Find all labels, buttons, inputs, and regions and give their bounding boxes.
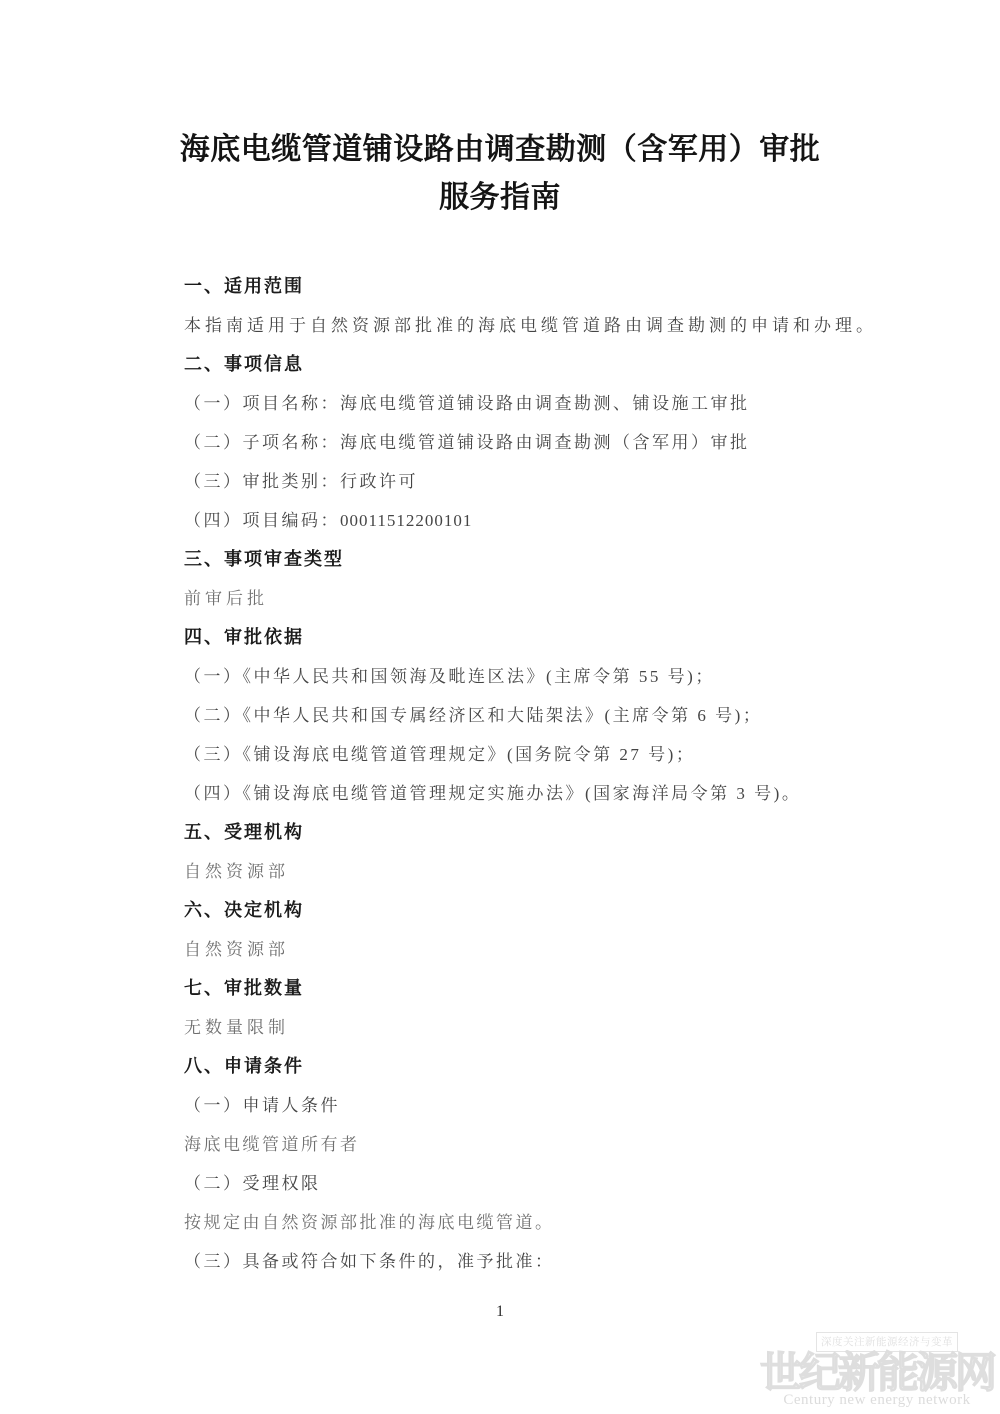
watermark-brand-logo: 世纪新能源网 (758, 1349, 996, 1397)
heading-deciding-authority: 六、决定机构 (184, 891, 900, 930)
paragraph-applicable-scope: 本指南适用于自然资源部批准的海底电缆管道路由调查勘测的申请和办理。 (184, 306, 900, 345)
document-body: 一、适用范围 本指南适用于自然资源部批准的海底电缆管道路由调查勘测的申请和办理。… (184, 267, 900, 1281)
page-number: 1 (0, 1303, 1000, 1321)
title-line-2: 服务指南 (0, 174, 1000, 222)
heading-applicable-scope: 一、适用范围 (184, 267, 900, 306)
watermark-brand-english: Century new energy network (758, 1392, 996, 1409)
watermark-slogan: 深度关注新能源经济与变革 (816, 1332, 958, 1352)
basis-cable-pipeline-regulation: （三）《铺设海底电缆管道管理规定》(国务院令第 27 号)； (184, 735, 900, 774)
project-code-value: 00011512200101 (340, 511, 472, 530)
value-review-type: 前审后批 (184, 579, 900, 618)
heading-approval-basis: 四、审批依据 (184, 618, 900, 657)
value-deciding-authority: 自然资源部 (184, 930, 900, 969)
title-line-1: 海底电缆管道铺设路由调查勘测（含军用）审批 (0, 126, 1000, 174)
item-approval-conditions: （三）具备或符合如下条件的，准予批准： (184, 1242, 900, 1281)
item-project-code: （四）项目编码：00011512200101 (184, 501, 900, 540)
project-code-label: （四）项目编码： (184, 511, 340, 530)
item-approval-category: （三）审批类别：行政许可 (184, 462, 900, 501)
value-applicant-owner: 海底电缆管道所有者 (184, 1125, 900, 1164)
item-subitem-name: （二）子项名称：海底电缆管道铺设路由调查勘测（含军用）审批 (184, 423, 900, 462)
basis-implementation-measures: （四）《铺设海底电缆管道管理规定实施办法》(国家海洋局令第 3 号)。 (184, 774, 900, 813)
document-page: 海底电缆管道铺设路由调查勘测（含军用）审批 服务指南 一、适用范围 本指南适用于… (0, 0, 1000, 1414)
heading-application-conditions: 八、申请条件 (184, 1047, 900, 1086)
heading-item-information: 二、事项信息 (184, 345, 900, 384)
value-approval-quantity: 无数量限制 (184, 1008, 900, 1047)
basis-territorial-sea-law: （一）《中华人民共和国领海及毗连区法》(主席令第 55 号)； (184, 657, 900, 696)
basis-eez-continental-shelf-law: （二）《中华人民共和国专属经济区和大陆架法》(主席令第 6 号)； (184, 696, 900, 735)
heading-review-type: 三、事项审查类型 (184, 540, 900, 579)
heading-accepting-authority: 五、受理机构 (184, 813, 900, 852)
value-accepting-authority: 自然资源部 (184, 852, 900, 891)
document-title: 海底电缆管道铺设路由调查勘测（含军用）审批 服务指南 (0, 126, 1000, 222)
item-acceptance-authority: （二）受理权限 (184, 1164, 900, 1203)
item-applicant-condition: （一）申请人条件 (184, 1086, 900, 1125)
heading-approval-quantity: 七、审批数量 (184, 969, 900, 1008)
value-acceptance-scope: 按规定由自然资源部批准的海底电缆管道。 (184, 1203, 900, 1242)
item-project-name: （一）项目名称：海底电缆管道铺设路由调查勘测、铺设施工审批 (184, 384, 900, 423)
